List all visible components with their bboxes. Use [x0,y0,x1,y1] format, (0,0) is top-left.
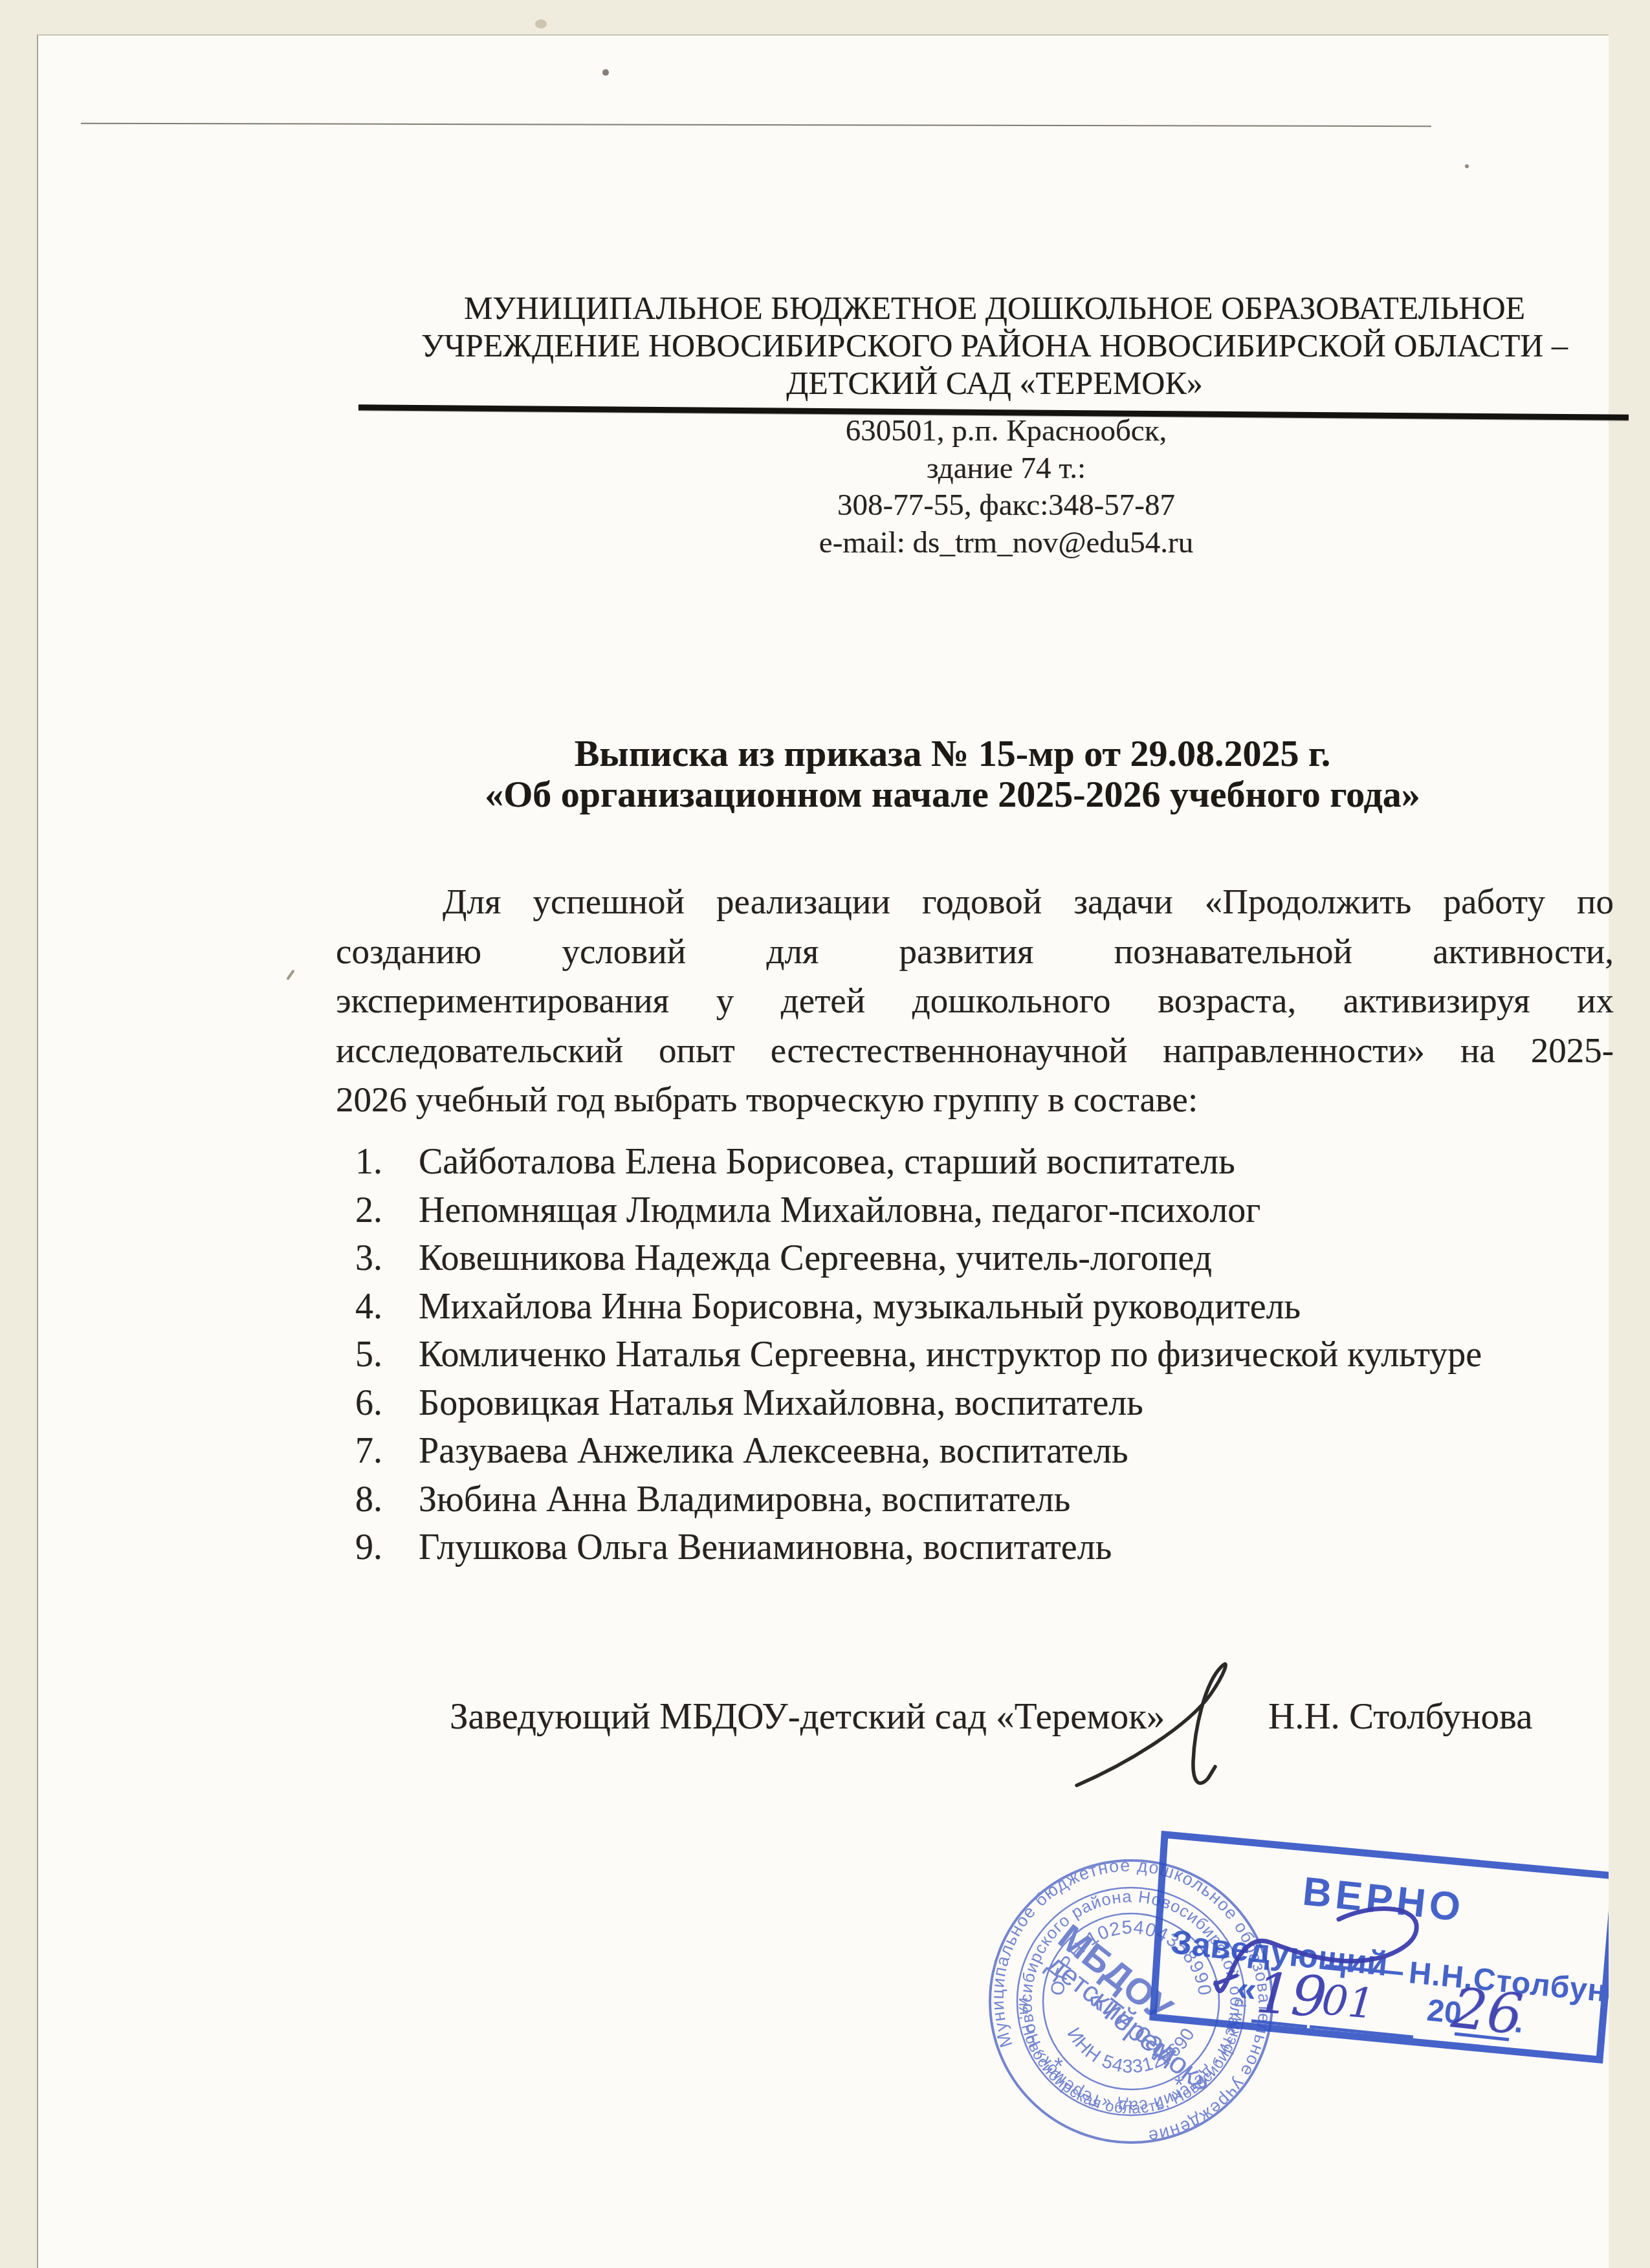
handwritten-day: 19 [1254,1961,1329,2030]
scan-speck [535,19,547,28]
scan-speck [602,69,609,76]
seal-asterisk: * [1174,2072,1183,2099]
scan-speck [1465,164,1469,168]
seal-asterisk: * [1054,2053,1063,2080]
director-ink-signature [1077,1664,1226,1785]
stamps-and-signatures-layer: Муниципальное бюджетное дошкольное образ… [38,36,1609,2268]
round-seal: Муниципальное бюджетное дошкольное образ… [38,36,1274,2146]
handwritten-month: 01 [1320,1976,1377,2029]
seal-outer-bottom-text: Россия, Новосибирская область, Новосибир… [38,36,1247,2117]
approval-stamp: ВЕРНО Заведующий Н.Н.Столбунова « 20 . [1153,1835,1609,2060]
stamp-verno-label: ВЕРНО [1301,1869,1466,1930]
handwritten-year: 26 [1448,1976,1526,2047]
scanned-page: МУНИЦИПАЛЬНОЕ БЮДЖЕТНОЕ ДОШКОЛЬНОЕ ОБРАЗ… [37,34,1609,2268]
